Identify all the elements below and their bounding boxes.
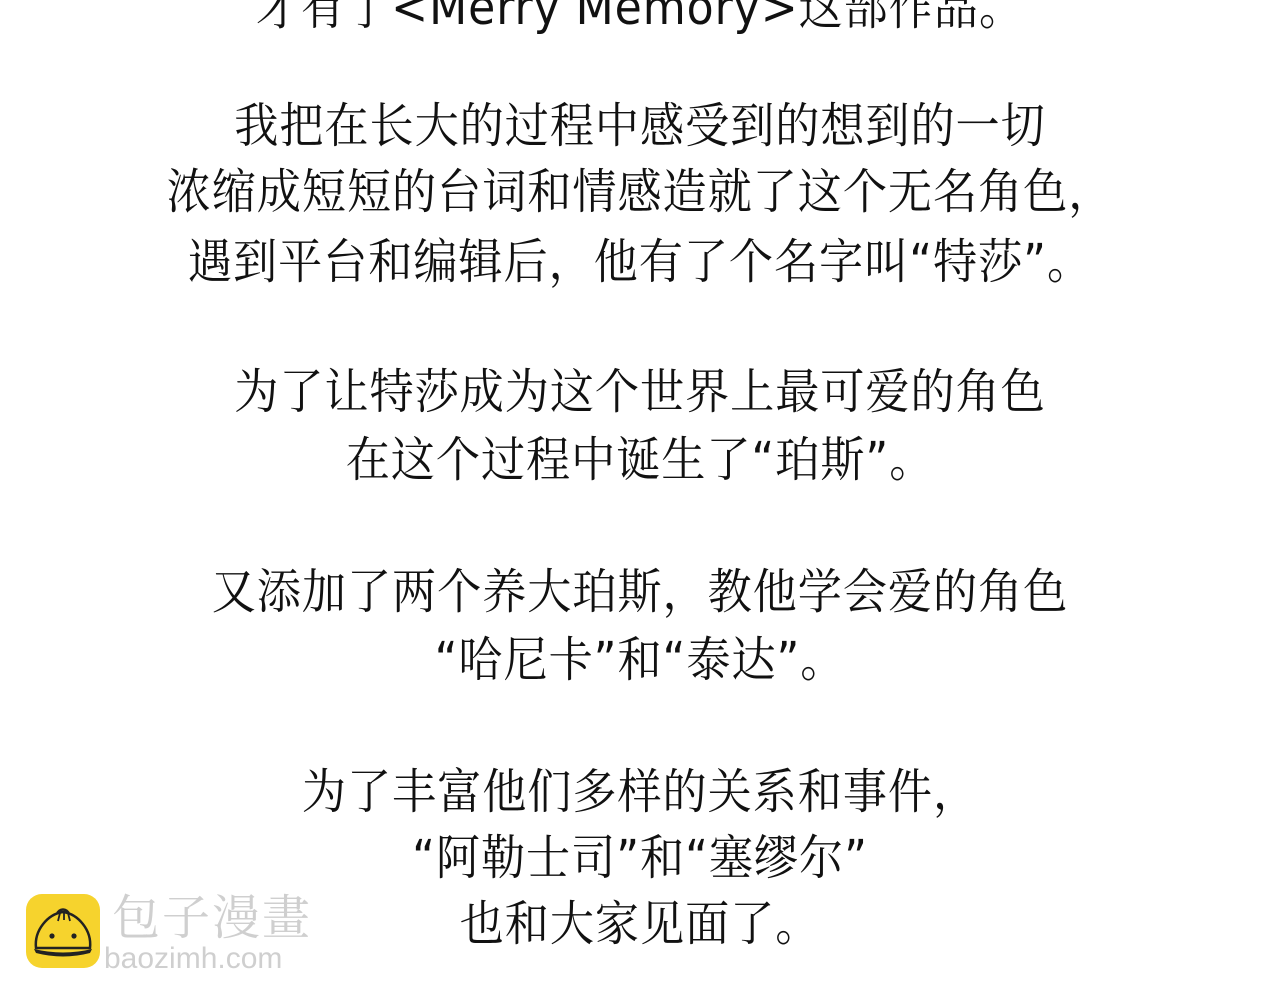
watermark: 包子漫畫 baozimh.com bbox=[26, 894, 326, 978]
text-line: 遇到平台和编辑后，他有了个名字叫“特莎”。 bbox=[51, 232, 1229, 292]
text-line: 又添加了两个养大珀斯，教他学会爱的角色 bbox=[51, 562, 1229, 622]
text-line: 浓缩成短短的台词和情感造就了这个无名角色， bbox=[51, 162, 1229, 222]
text-line: 为了让特莎成为这个世界上最可爱的角色 bbox=[51, 362, 1229, 422]
text-line: 在这个过程中诞生了“珀斯”。 bbox=[51, 430, 1229, 490]
watermark-url: baozimh.com bbox=[104, 942, 282, 976]
text-line: “阿勒士司”和“塞缪尔” bbox=[51, 828, 1229, 888]
text-line: “哈尼卡”和“泰达”。 bbox=[51, 630, 1229, 690]
text-line: 我把在长大的过程中感受到的想到的一切 bbox=[51, 96, 1229, 156]
watermark-title: 包子漫畫 bbox=[112, 890, 312, 946]
watermark-logo bbox=[26, 894, 100, 968]
text-line-intro: 才有了<Merry Memory>这部作品。 bbox=[51, 0, 1229, 38]
steamed-bun-icon bbox=[26, 894, 100, 968]
text-line: 为了丰富他们多样的关系和事件， bbox=[51, 762, 1229, 822]
